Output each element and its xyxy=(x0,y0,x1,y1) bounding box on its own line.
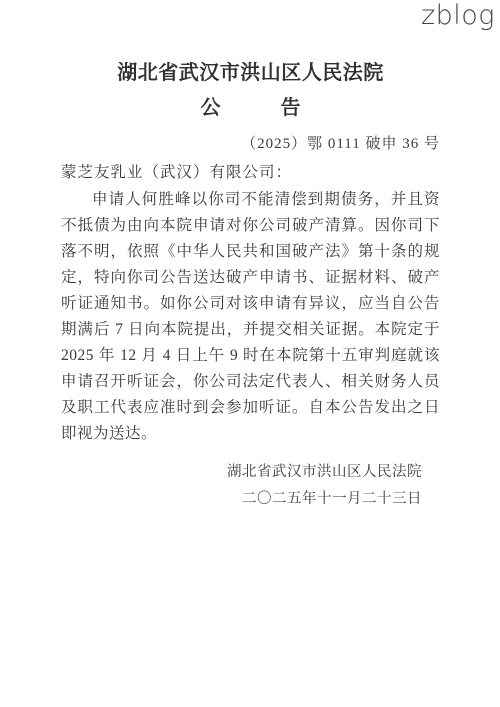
addressee-line: 蒙芝友乳业（武汉）有限公司： xyxy=(61,163,440,183)
signature-date: 二〇二五年十一月二十三日 xyxy=(227,486,422,513)
signature-block: 湖北省武汉市洪山区人民法院 二〇二五年十一月二十三日 xyxy=(227,459,422,513)
court-announcement-document: 湖北省武汉市洪山区人民法院 公 告 （2025）鄂 0111 破申 36 号 蒙… xyxy=(61,60,440,447)
page: zblog 湖北省武汉市洪山区人民法院 公 告 （2025）鄂 0111 破申 … xyxy=(0,0,500,707)
site-logo: zblog xyxy=(421,0,495,32)
announcement-body: 申请人何胜峰以你司不能清偿到期债务，并且资不抵债为由向本院申请对你公司破产清算。… xyxy=(61,187,440,447)
notice-title: 公 告 xyxy=(61,95,440,121)
court-name-heading: 湖北省武汉市洪山区人民法院 xyxy=(61,60,440,86)
case-number: （2025）鄂 0111 破申 36 号 xyxy=(61,134,440,154)
signature-court-name: 湖北省武汉市洪山区人民法院 xyxy=(227,459,422,486)
